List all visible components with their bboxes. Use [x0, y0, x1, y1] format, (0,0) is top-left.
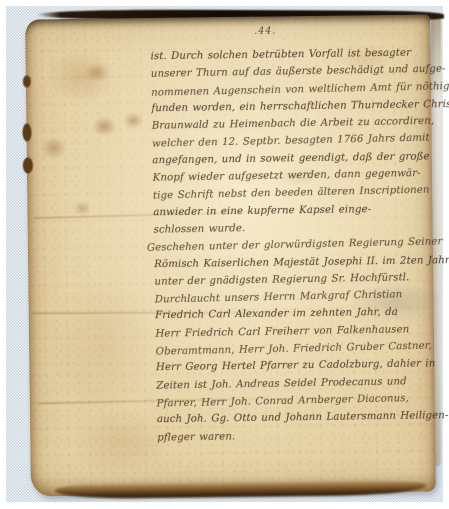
page-number: .44. — [235, 25, 295, 37]
paper-stain — [41, 137, 67, 159]
manuscript-page: .44. ist. Durch solchen betrübten Vorfal… — [25, 15, 436, 497]
paper-stain — [92, 116, 116, 136]
paper-stain — [73, 201, 91, 216]
paper-stain — [123, 112, 143, 129]
paper-stain — [46, 268, 158, 419]
handwritten-text-block: ist. Durch solchen betrübten Vorfall ist… — [150, 44, 435, 447]
paper-stain — [70, 408, 171, 479]
paper-stain — [45, 48, 116, 104]
handwriting-line: pfleger waren. — [157, 424, 435, 446]
edge-damage-blot — [23, 75, 31, 87]
manuscript-scan: .44. ist. Durch solchen betrübten Vorfal… — [0, 0, 449, 509]
paper-stain — [84, 62, 110, 82]
edge-damage-blot — [22, 123, 31, 141]
edge-damage-blot — [23, 157, 33, 173]
